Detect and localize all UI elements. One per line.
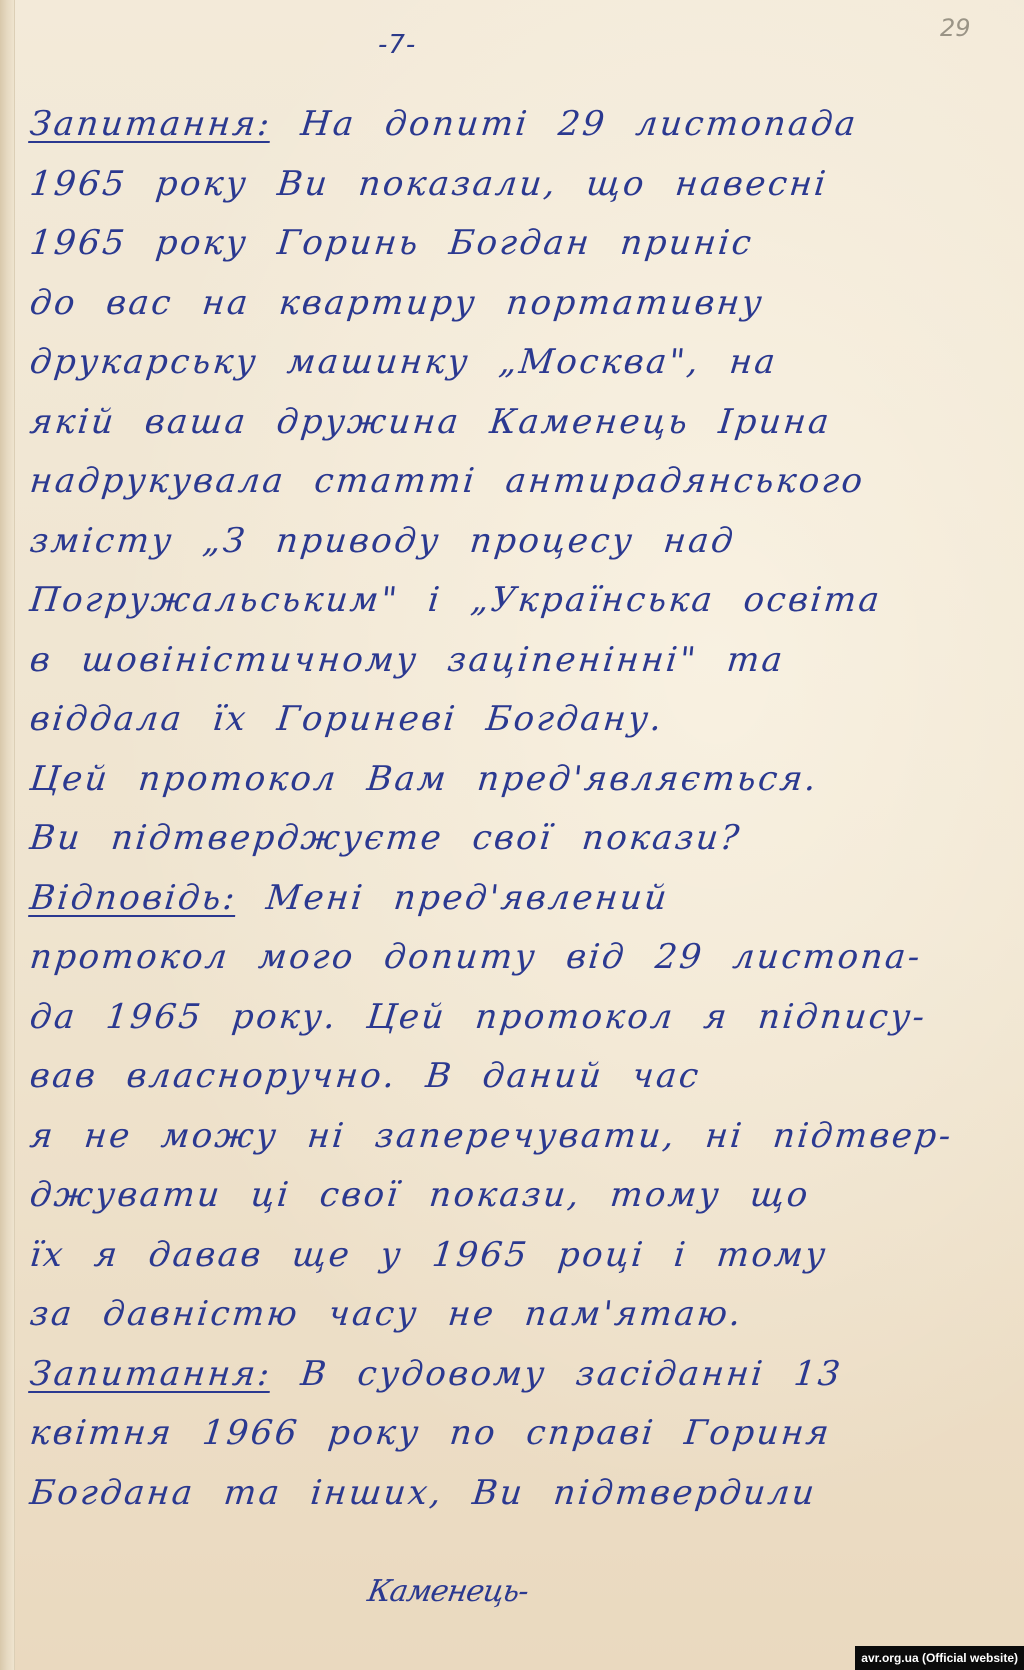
text-line: в шовіністичному заціпенінні" та — [27, 631, 993, 691]
source-watermark: avr.org.ua (Official website) — [855, 1646, 1024, 1670]
text-line: до вас на квартиру портативну — [27, 274, 993, 334]
text-line: Відповідь: Мені пред'явлений — [27, 869, 993, 929]
answer-label: Відповідь: — [28, 878, 239, 918]
folio-number: 29 — [940, 14, 971, 42]
text-line: якій ваша дружина Каменець Ірина — [27, 393, 993, 453]
text-line: я не можу ні заперечувати, ні підтвер- — [27, 1107, 993, 1167]
text-line: Цей протокол Вам пред'являється. — [27, 750, 993, 810]
question-label: Запитання: — [28, 104, 274, 144]
text-line: Запитання: В судовому засіданні 13 — [27, 1345, 993, 1405]
page-number: -7- — [378, 30, 416, 60]
document-page: -7- 29 Запитання: На допиті 29 листопада… — [0, 0, 1024, 1670]
text-line: Ви підтверджуєте свої покази? — [27, 809, 993, 869]
text-line: їх я давав ще у 1965 році і тому — [27, 1226, 993, 1286]
text-line: друкарську машинку „Москва", на — [27, 333, 993, 393]
text-line: змісту „З приводу процесу над — [27, 512, 993, 572]
text-line: вав власноручно. В даний час — [27, 1047, 993, 1107]
text-line: за давністю часу не пам'ятаю. — [27, 1285, 993, 1345]
signature: Каменець- — [365, 1574, 531, 1609]
text-line: Богдана та інших, Ви підтвердили — [27, 1464, 993, 1524]
text-line: 1965 року Ви показали, що навесні — [27, 155, 993, 215]
handwritten-text-body: Запитання: На допиті 29 листопада 1965 р… — [30, 95, 990, 1523]
binding-edge — [0, 0, 15, 1670]
text-line: протокол мого допиту від 29 листопа- — [27, 928, 993, 988]
text-line: надрукувала статті антирадянського — [27, 452, 993, 512]
text-line: 1965 року Горинь Богдан приніс — [27, 214, 993, 274]
text-line: квітня 1966 року по справі Гориня — [27, 1404, 993, 1464]
text-line: джувати ці свої покази, тому що — [27, 1166, 993, 1226]
text-line: Запитання: На допиті 29 листопада — [27, 95, 993, 155]
text-line: віддала їх Гориневі Богдану. — [27, 690, 993, 750]
text-line: Погружальським" і „Українська освіта — [27, 571, 993, 631]
text-line: да 1965 року. Цей протокол я підпису- — [27, 988, 993, 1048]
question-label: Запитання: — [28, 1354, 274, 1394]
